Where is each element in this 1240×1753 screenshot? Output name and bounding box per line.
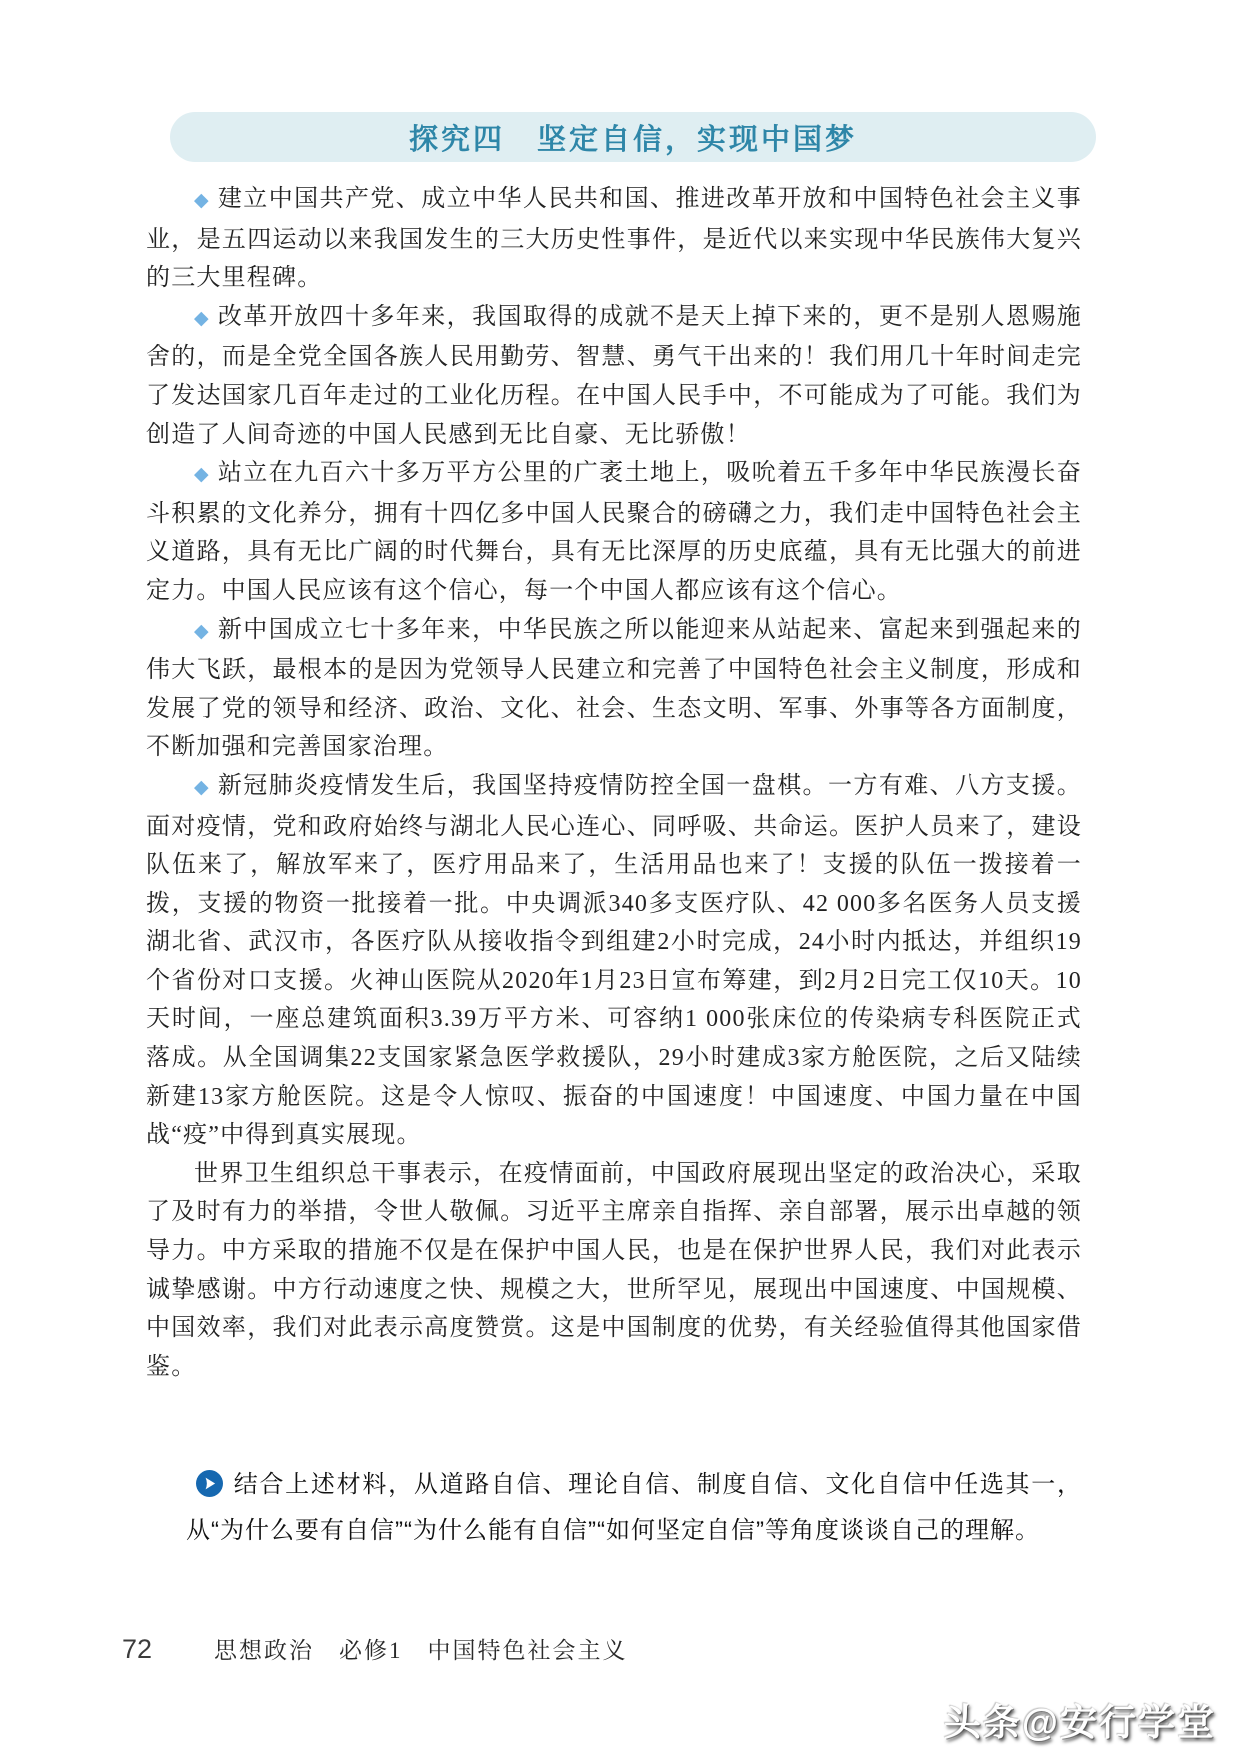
material-paragraph-5: ◆新冠肺炎疫情发生后，我国坚持疫情防控全国一盘棋。一方有难、八方支援。面对疫情，… bbox=[146, 767, 1082, 1155]
paragraph-text: 新中国成立七十多年来，中华民族之所以能迎来从站起来、富起来到强起来的伟大飞跃，最… bbox=[146, 617, 1082, 761]
book-title: 思想政治 必修1 中国特色社会主义 bbox=[214, 1632, 628, 1665]
material-paragraph-6: 世界卫生组织总干事表示，在疫情面前，中国政府展现出坚定的政治决心，采取了及时有力… bbox=[146, 1155, 1082, 1387]
material-paragraph-3: ◆站立在九百六十多万平方公里的广袤土地上，吸吮着五千多年中华民族漫长奋斗积累的文… bbox=[146, 454, 1082, 610]
paragraph-text: 改革开放四十多年来，我国取得的成就不是天上掉下来的，更不是别人恩赐施舍的，而是全… bbox=[146, 304, 1082, 448]
section-title: 探究四 坚定自信，实现中国梦 bbox=[409, 117, 857, 158]
textbook-page: 探究四 坚定自信，实现中国梦 ◆建立中国共产党、成立中华人民共和国、推进改革开放… bbox=[0, 0, 1240, 1753]
paragraph-text: 站立在九百六十多万平方公里的广袤土地上，吸吮着五千多年中华民族漫长奋斗积累的文化… bbox=[146, 460, 1082, 604]
page-number: 72 bbox=[122, 1634, 152, 1665]
material-paragraph-4: ◆新中国成立七十多年来，中华民族之所以能迎来从站起来、富起来到强起来的伟大飞跃，… bbox=[146, 611, 1082, 767]
body-content: ◆建立中国共产党、成立中华人民共和国、推进改革开放和中国特色社会主义事业，是五四… bbox=[146, 180, 1082, 1386]
diamond-bullet-icon: ◆ bbox=[194, 308, 209, 329]
watermark: 头条@安行学堂 bbox=[944, 1692, 1216, 1746]
paragraph-text: 新冠肺炎疫情发生后，我国坚持疫情防控全国一盘棋。一方有难、八方支援。面对疫情，党… bbox=[146, 773, 1082, 1148]
material-paragraph-2: ◆改革开放四十多年来，我国取得的成就不是天上掉下来的，更不是别人恩赐施舍的，而是… bbox=[146, 298, 1082, 454]
inquiry-question: 结合上述材料，从道路自信、理论自信、制度自信、文化自信中任选其一，从“为什么要有… bbox=[186, 1462, 1082, 1554]
diamond-bullet-icon: ◆ bbox=[194, 190, 209, 211]
arrow-right-circle-icon bbox=[196, 1470, 223, 1497]
section-header-banner: 探究四 坚定自信，实现中国梦 bbox=[170, 112, 1096, 162]
paragraph-text: 建立中国共产党、成立中华人民共和国、推进改革开放和中国特色社会主义事业，是五四运… bbox=[146, 186, 1082, 291]
page-footer: 72 思想政治 必修1 中国特色社会主义 bbox=[122, 1632, 628, 1665]
diamond-bullet-icon: ◆ bbox=[194, 777, 209, 798]
diamond-bullet-icon: ◆ bbox=[194, 621, 209, 642]
diamond-bullet-icon: ◆ bbox=[194, 464, 209, 485]
paragraph-text: 世界卫生组织总干事表示，在疫情面前，中国政府展现出坚定的政治决心，采取了及时有力… bbox=[146, 1161, 1082, 1380]
material-paragraph-1: ◆建立中国共产党、成立中华人民共和国、推进改革开放和中国特色社会主义事业，是五四… bbox=[146, 180, 1082, 298]
inquiry-question-text: 结合上述材料，从道路自信、理论自信、制度自信、文化自信中任选其一，从“为什么要有… bbox=[186, 1471, 1082, 1544]
